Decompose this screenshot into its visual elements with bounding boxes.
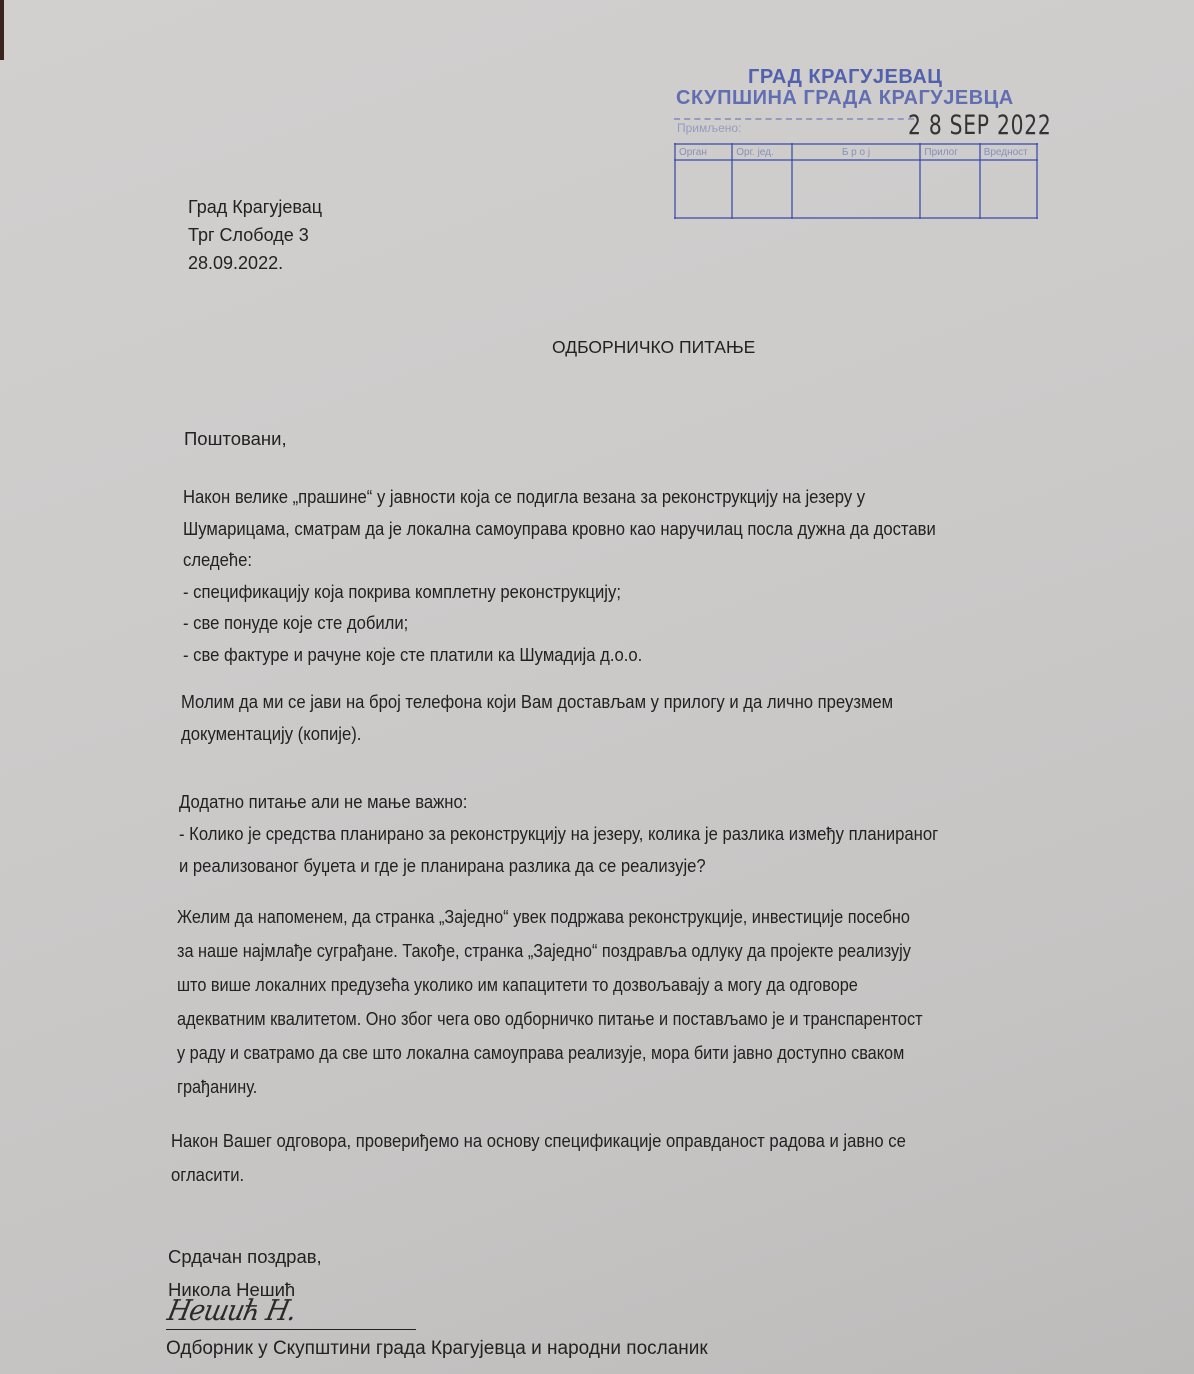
text-line: следеће: [183, 544, 936, 576]
signature-line [166, 1329, 416, 1330]
text-line: огласити. [171, 1158, 906, 1192]
text-line: грађанину. [177, 1070, 923, 1104]
stamp-city: ГРАД КРАГУЈЕВАЦ [748, 66, 942, 89]
salutation: Срдачан поздрав, [168, 1240, 322, 1273]
paragraph-statement: Желим да напоменем, да странка „Заједно“… [177, 900, 923, 1104]
letter-date: 28.09.2022. [188, 249, 322, 277]
text-line: Молим да ми се јави на број телефона кој… [181, 686, 893, 718]
list-item: - спецификацију која покрива комплетну р… [183, 576, 936, 608]
stamp-col-value: Вредност [980, 144, 1037, 160]
stamp-cell [920, 160, 979, 218]
stamp-table: Орган Орг. јед. Б р о ј Прилог Вредност [674, 143, 1038, 219]
text-line: у раду и сватрамо да све што локална сам… [177, 1036, 923, 1070]
stamp-cell [732, 160, 791, 218]
photo-edge [0, 0, 4, 60]
list-item: - Колико је средства планирано за реконс… [179, 818, 938, 850]
paragraph-additional-question: Додатно питање али не мање важно: - Коли… [179, 786, 938, 882]
document-title: ОДБОРНИЧКО ПИТАЊЕ [552, 333, 755, 362]
paragraph-contact: Молим да ми се јави на број телефона кој… [181, 686, 893, 750]
paragraph-request: Након велике „прашине“ у јавности која с… [183, 481, 936, 670]
text-line: и реализованог буџета и где је планирана… [179, 850, 938, 882]
list-item: - све фактуре и рачуне које сте платили … [183, 639, 936, 671]
stamp-assembly: СКУПШИНА ГРАДА КРАГУЈЕВЦА [676, 87, 1014, 110]
address-street: Трг Слободе 3 [188, 221, 322, 249]
text-line: Желим да напоменем, да странка „Заједно“… [177, 900, 923, 934]
text-line: адекватним квалитетом. Оно због чега ово… [177, 1002, 923, 1036]
list-item: - све понуде које сте добили; [183, 607, 936, 639]
handwritten-signature: Нешић Н. [164, 1295, 298, 1328]
text-line: Након велике „прашине“ у јавности која с… [183, 481, 936, 513]
stamp-divider [674, 118, 914, 120]
address-city: Град Крагујевац [188, 193, 322, 221]
text-line: Шумарицама, сматрам да је локална самоуп… [183, 513, 936, 545]
greeting: Поштовани, [184, 424, 287, 453]
stamp-cell [980, 160, 1037, 218]
stamp-cell [675, 160, 732, 218]
text-line: што више локалних предузећа уколико им к… [177, 968, 923, 1002]
stamp-col-unit: Орг. јед. [732, 144, 791, 160]
text-line: документацију (копије). [181, 718, 893, 750]
stamp-date: 2 8 SEP 2022 [908, 110, 1051, 141]
stamp-cell [792, 160, 921, 218]
author-role: Одборник у Скупштини града Крагујевца и … [166, 1334, 708, 1363]
text-line: Након Вашег одговора, провериђемо на осн… [171, 1124, 906, 1158]
text-line: Додатно питање али не мање важно: [179, 786, 938, 818]
stamp-col-attachment: Прилог [920, 144, 979, 160]
stamp-received-label: Примљено: [677, 121, 741, 135]
paragraph-followup: Након Вашег одговора, провериђемо на осн… [171, 1124, 906, 1192]
stamp-col-organ: Орган [675, 144, 732, 160]
text-line: за наше најмлађе суграђане. Такође, стра… [177, 934, 923, 968]
stamp-col-number: Б р о ј [792, 144, 921, 160]
recipient-address: Град Крагујевац Трг Слободе 3 28.09.2022… [188, 193, 322, 277]
